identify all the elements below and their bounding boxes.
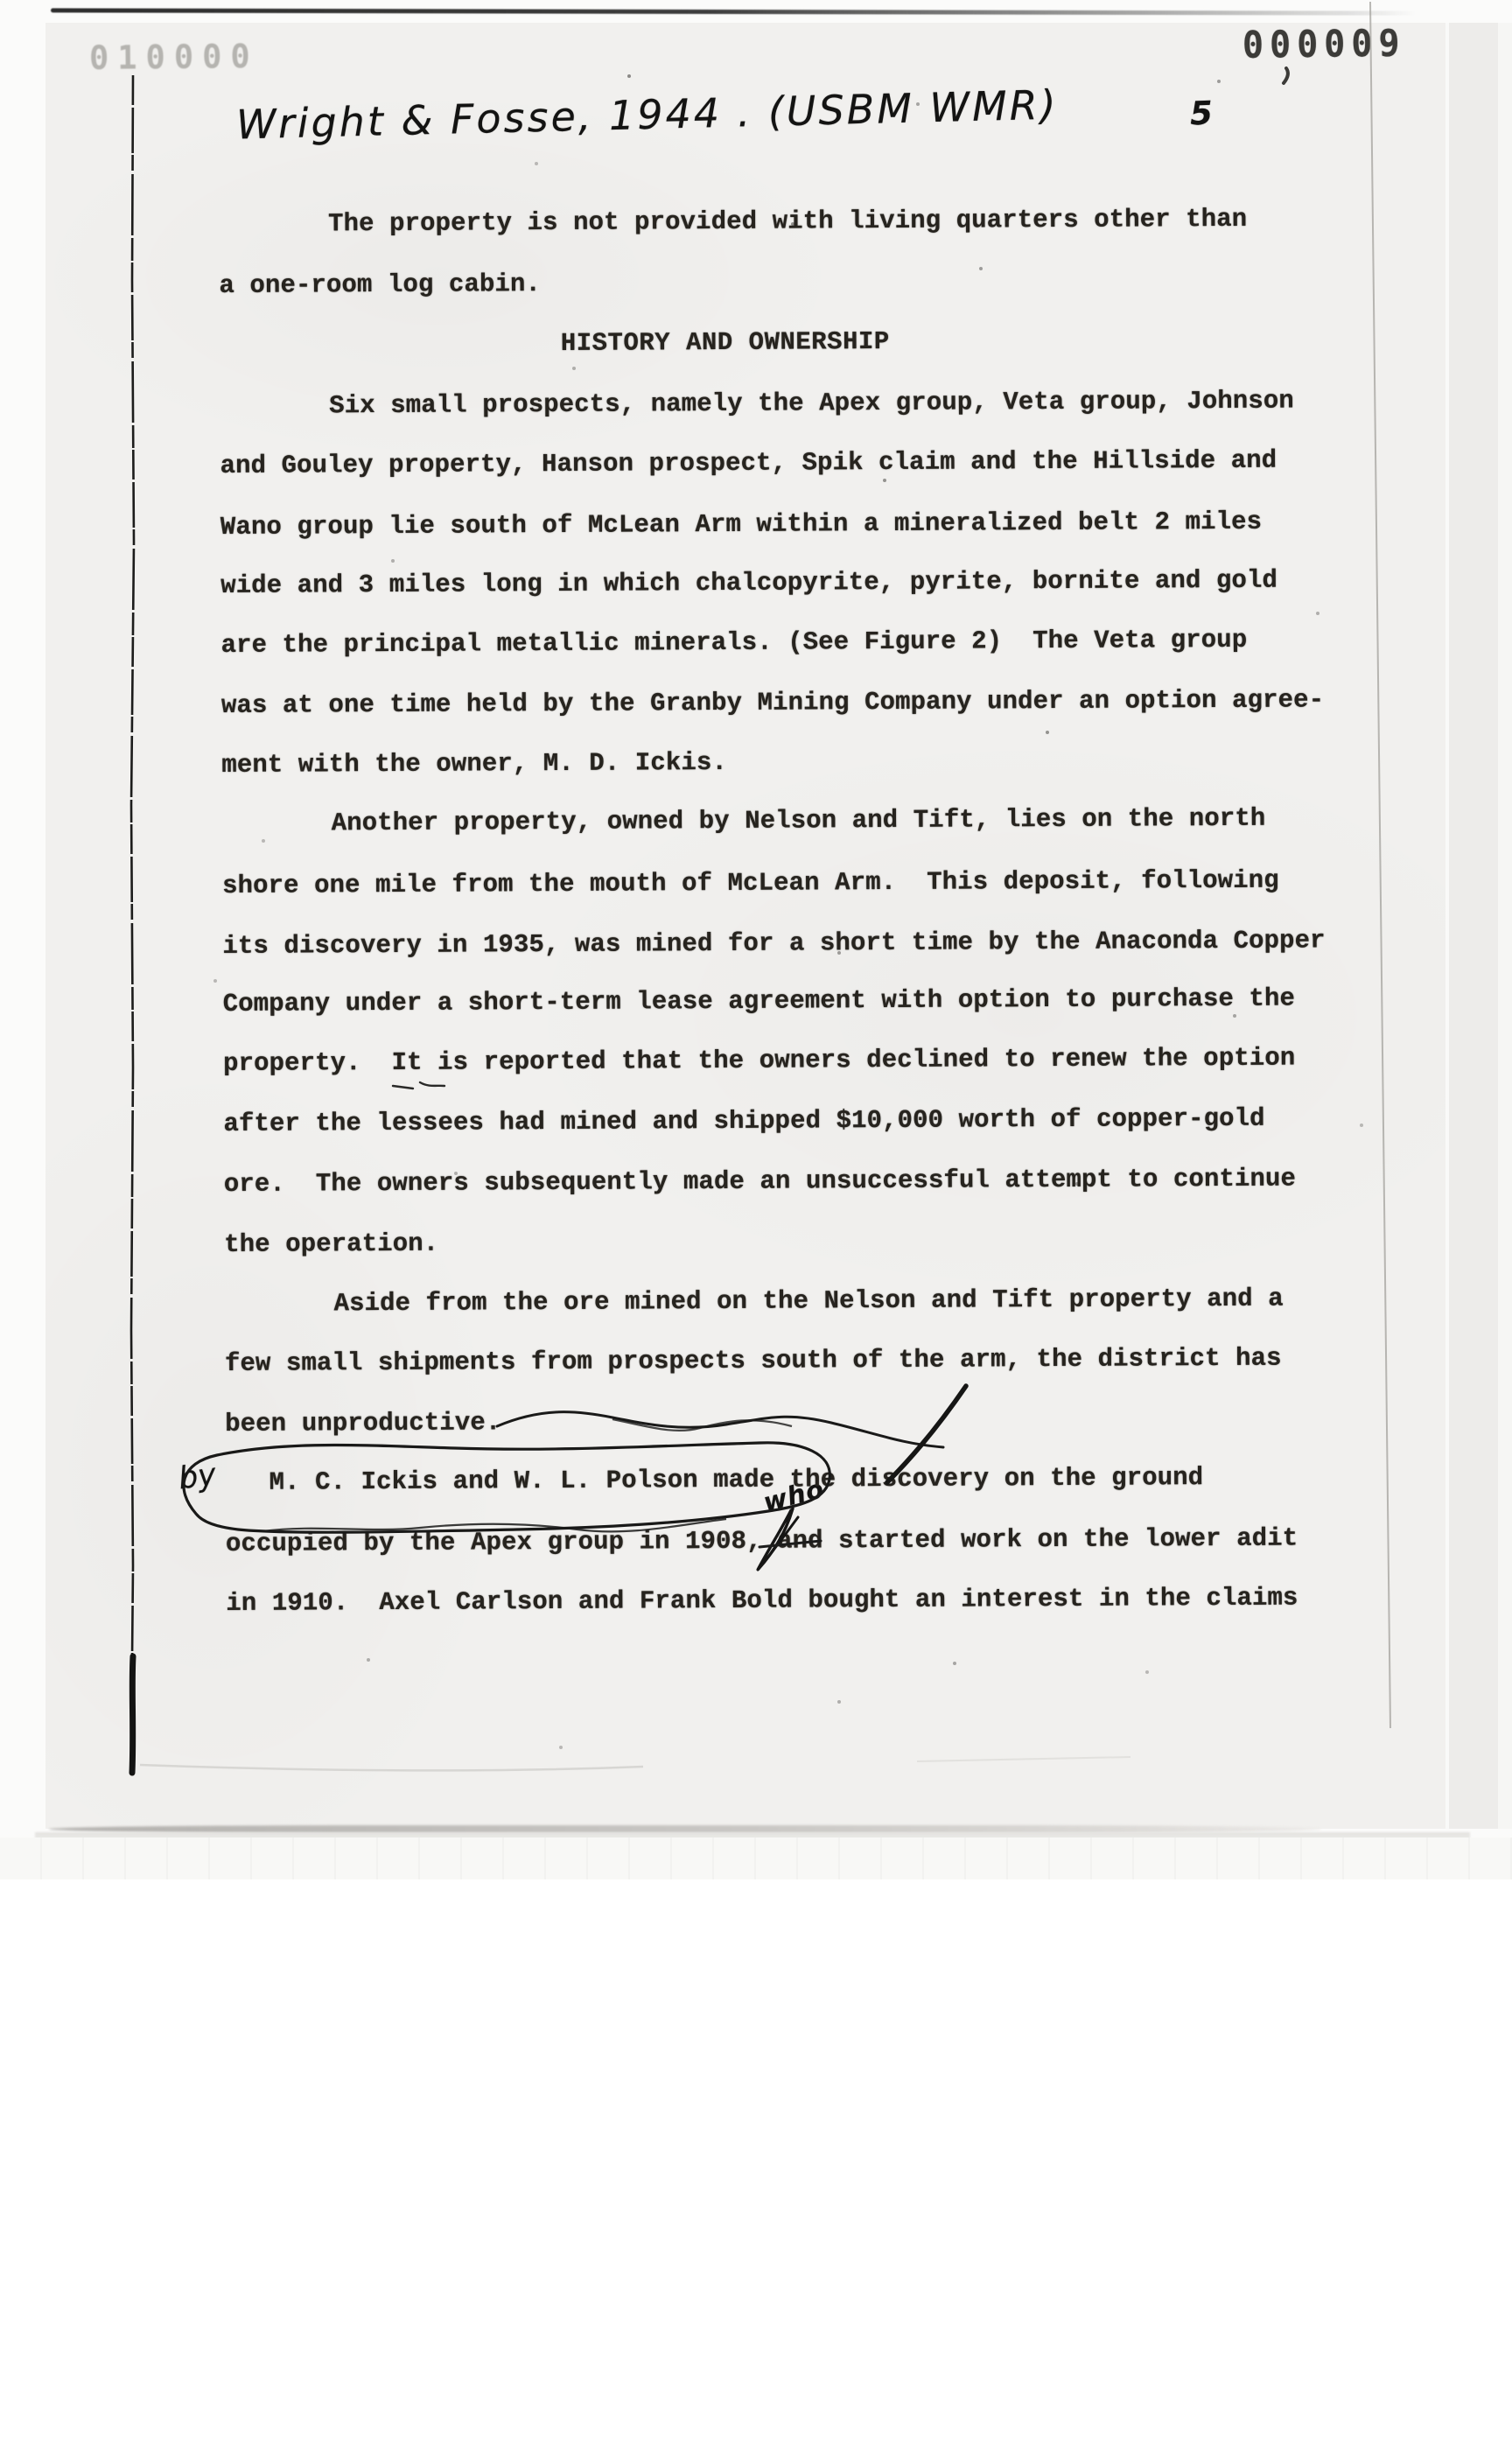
blank-area	[0, 1879, 1512, 2450]
typed-line: the operation.	[224, 1229, 438, 1261]
typed-line: after the lessees had mined and shipped …	[223, 1104, 1264, 1140]
typed-line: wide and 3 miles long in which chalcopyr…	[220, 566, 1277, 602]
typed-line: property. It is reported that the owners…	[223, 1044, 1295, 1080]
typed-line: a one-room log cabin.	[219, 269, 541, 302]
typed-line: been unproductive.	[225, 1408, 500, 1439]
typed-line: ore. The owners subsequently made an uns…	[224, 1165, 1296, 1200]
typed-line: Wano group lie south of McLean Arm withi…	[220, 507, 1262, 543]
typed-line: Company under a short-term lease agreeme…	[223, 984, 1295, 1020]
typed-line: occupied by the Apex group in 1908, and …	[226, 1524, 1298, 1560]
typed-line: its discovery in 1935, was mined for a s…	[222, 926, 1325, 962]
typed-line: ment with the owner, M. D. Ickis.	[221, 748, 727, 781]
typed-text-block: The property is not provided with living…	[0, 0, 1512, 1838]
typed-line: was at one time held by the Granby Minin…	[221, 685, 1324, 721]
section-heading: HISTORY AND OWNERSHIP	[561, 327, 890, 360]
typed-line: Aside from the ore mined on the Nelson a…	[333, 1284, 1283, 1319]
typed-line: Six small prospects, namely the Apex gro…	[329, 387, 1294, 423]
typed-line: are the principal metallic minerals. (Se…	[221, 626, 1248, 661]
typed-line: in 1910. Axel Carlson and Frank Bold bou…	[226, 1584, 1298, 1620]
typed-line: The property is not provided with living…	[328, 205, 1247, 240]
typed-line: Another property, owned by Nelson and Ti…	[332, 804, 1266, 839]
typed-line: shore one mile from the mouth of McLean …	[222, 866, 1279, 902]
typed-line: and Gouley property, Hanson prospect, Sp…	[220, 446, 1277, 482]
typed-line: few small shipments from prospects south…	[225, 1344, 1282, 1380]
scan-streak-band	[0, 1837, 1512, 1879]
typed-line: M. C. Ickis and W. L. Polson made the di…	[269, 1463, 1204, 1498]
